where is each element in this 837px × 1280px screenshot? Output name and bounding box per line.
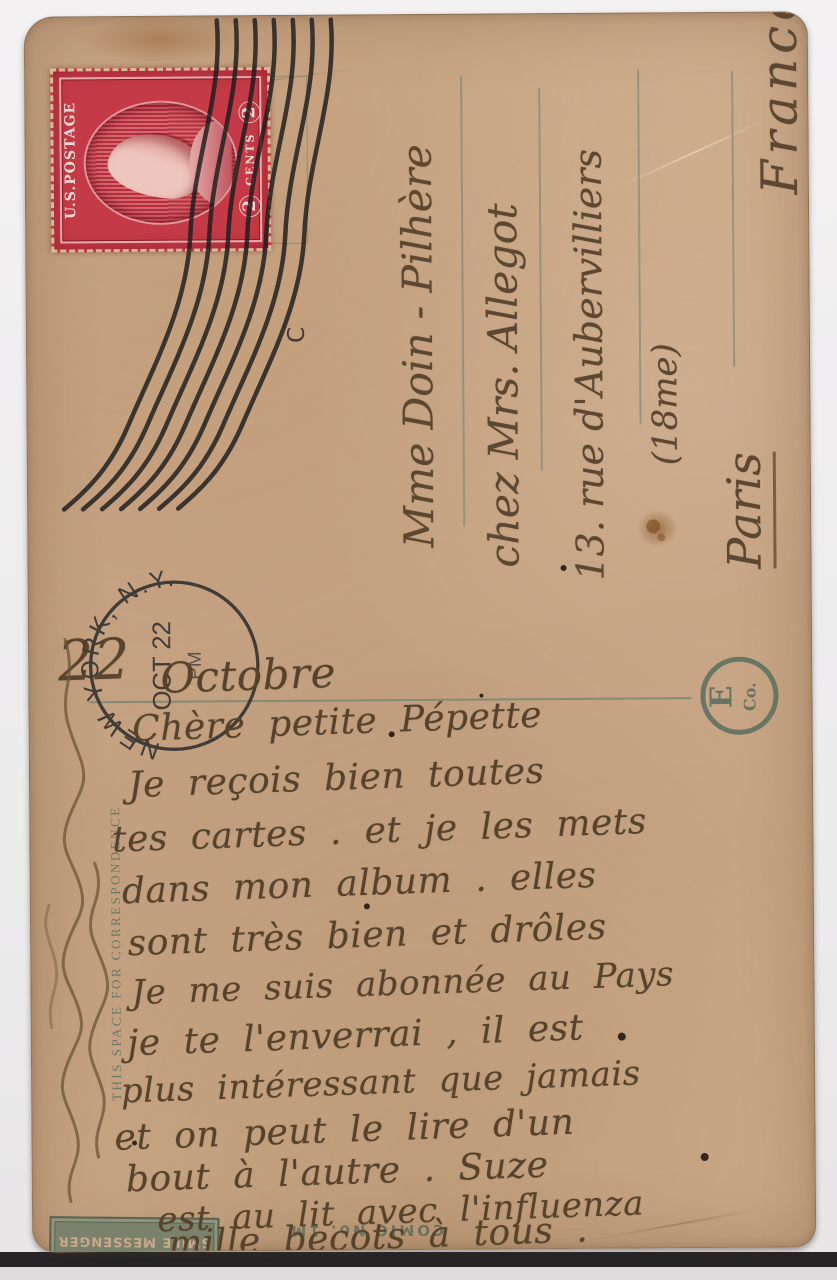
message-date-numeral: 22 [57, 627, 131, 694]
postcard-back: U.S.POSTAGE 2CENTS2 THIS SPACE FOR CORRE… [24, 11, 817, 1252]
scanner-edge-shadow [0, 1252, 837, 1267]
scanner-bed [0, 1267, 837, 1280]
message-date-month: Octobre [160, 648, 337, 703]
message-block: 22 Octobre Chère petite Pépette Je reçoi… [24, 11, 817, 1252]
message-line: Je reçois bien toutes [127, 751, 545, 807]
message-line: je te l'enverrai , il est [127, 1007, 585, 1064]
message-line: tes cartes . et je les mets [111, 801, 647, 861]
message-line: Chère petite Pépette [132, 695, 543, 750]
message-line: Je me suis abonnée au Pays [131, 954, 675, 1013]
message-line: sont très bien et drôles [127, 906, 607, 964]
message-line: dans mon album . elles [121, 855, 597, 913]
